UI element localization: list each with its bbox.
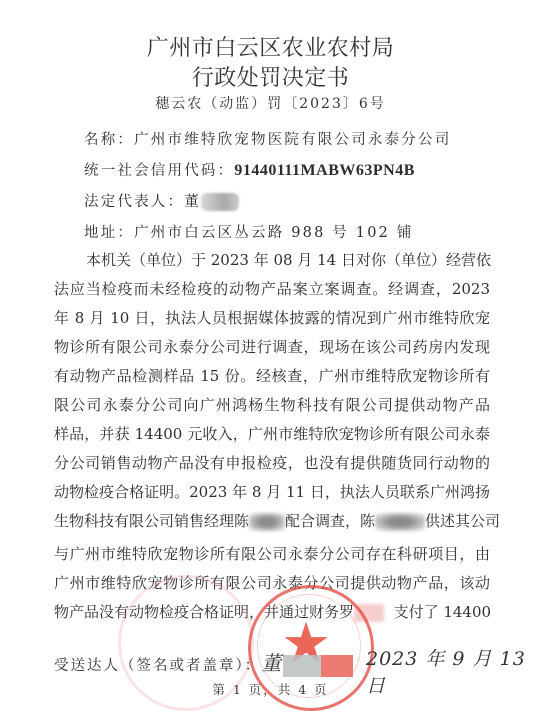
body-text-segment: 生物科技有限公司销售经理陈	[54, 512, 249, 530]
document-type-title: 行政处罚决定书	[0, 61, 541, 92]
credit-code-row: 统一社会信用代码：91440111MABW63PN4B	[84, 159, 415, 180]
legal-rep-label: 法定代表人：	[84, 194, 184, 210]
body-text-segment: 支付了 14400	[394, 603, 492, 621]
party-name-label: 名称：	[84, 132, 134, 148]
body-line: 本机关（单位）于 2023 年 08 月 14 日对你（单位）经营依	[86, 249, 490, 270]
handwritten-signature: 董	[261, 651, 283, 675]
party-name-row: 名称：广州市维特欣宠物医院有限公司永泰分公司	[84, 128, 451, 149]
page-indicator: 第 1 页，共 4 页	[0, 680, 541, 698]
document-number: 穗云农（动监）罚〔2023〕6号	[0, 93, 541, 113]
body-line: 年 8 月 10 日，执法人员根据媒体披露的情况到广州市维特欣宠	[54, 307, 490, 328]
signature-label: 受送达人（签名或者盖章）：	[54, 658, 261, 674]
address-row: 地址：广州市白云区丛云路 988 号 102 铺	[84, 221, 414, 242]
body-line: 有动物产品检测样品 15 份。经核查，广州市维特欣宠物诊所有	[54, 365, 490, 386]
body-line: 与广州市维特欣宠物诊所有限公司永泰分公司存在科研项目，由	[54, 543, 490, 564]
party-name-value: 广州市维特欣宠物医院有限公司永泰分公司	[134, 132, 451, 148]
address-label: 地址：	[84, 225, 134, 241]
body-line: 法应当检疫而未经检疫的动物产品案立案调查。经调查，2023	[54, 278, 490, 299]
redacted-signature-red	[321, 655, 353, 677]
redacted-signature-blur	[283, 655, 321, 677]
body-text-segment: 供述其公司	[425, 512, 500, 530]
legal-representative-row: 法定代表人：董	[84, 190, 239, 211]
redacted-name-blur	[201, 193, 239, 211]
credit-code-value: 91440111MABW63PN4B	[234, 162, 415, 179]
address-value: 广州市白云区丛云路 988 号 102 铺	[134, 225, 414, 241]
legal-rep-value: 董	[184, 194, 201, 210]
body-line: 限公司永泰分公司向广州鸿杨生物科技有限公司提供动物产品	[54, 394, 490, 415]
body-line: 分公司销售动物产品没有申报检疫，也没有提供随货同行动物的	[54, 452, 490, 473]
body-line: 物诊所有限公司永泰分公司进行调查，现场在该公司药房内发现	[54, 336, 490, 357]
body-line: 广州市维特欣宠物诊所有限公司永泰分公司提供动物产品，该动	[54, 572, 490, 593]
issuing-authority-title: 广州市白云区农业农村局	[0, 31, 541, 62]
body-line: 样品，并获 14400 元收入，广州市维特欣宠物诊所有限公司永泰	[54, 423, 490, 444]
redacted-name-blur	[249, 513, 285, 531]
recipient-signature-row: 受送达人（签名或者盖章）：董	[54, 647, 353, 677]
redacted-name-blur	[375, 513, 425, 531]
body-line-redacted: 生物科技有限公司销售经理陈配合调查，陈供述其公司	[54, 510, 490, 531]
body-line: 动物检疫合格证明。2023 年 8 月 11 日，执法人员联系广州鸿扬	[54, 481, 490, 502]
body-text-segment: 配合调查，陈	[285, 512, 375, 530]
credit-code-label: 统一社会信用代码：	[84, 163, 234, 179]
